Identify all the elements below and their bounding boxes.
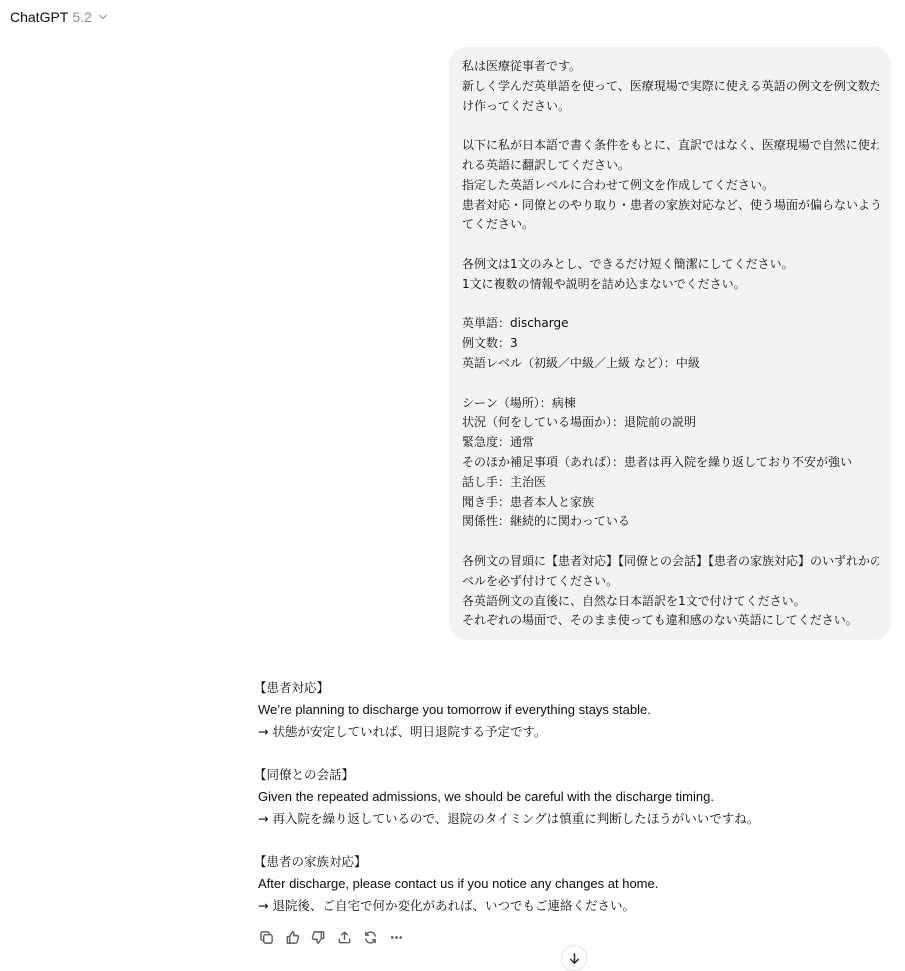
- message-actions: [258, 929, 405, 946]
- message-line: 新しく学んだ英単語を使って、医療現場で実際に使える英語の例文を例文数だ: [462, 77, 879, 97]
- message-line: それぞれの場面で、そのまま使っても違和感のない英語にしてください。: [462, 611, 879, 631]
- thumbs-up-icon: [285, 930, 300, 945]
- app-title: ChatGPT: [10, 9, 68, 25]
- example-japanese: → 退院後、ご自宅で何か変化があれば、いつでもご連絡ください。: [258, 895, 818, 917]
- message-line: 私は医療従事者です。: [462, 57, 879, 77]
- blank-line: [462, 532, 879, 552]
- regenerate-button[interactable]: [362, 929, 379, 946]
- copy-button[interactable]: [258, 929, 275, 946]
- message-line: 話し手：主治医: [462, 473, 879, 493]
- message-line: 患者対応・同僚とのやり取り・患者の家族対応など、使う場面が偏らないようにし: [462, 196, 879, 216]
- thumbs-down-icon: [311, 930, 326, 945]
- message-line: 聞き手：患者本人と家族: [462, 493, 879, 513]
- more-icon: [389, 930, 404, 945]
- blank-line: [462, 374, 879, 394]
- arrow-down-icon: [568, 952, 581, 965]
- message-line: 関係性：継続的に関わっている: [462, 512, 879, 532]
- message-line: 各例文の冒頭に【患者対応】【同僚との会話】【患者の家族対応】のいずれかのラ: [462, 552, 879, 572]
- message-line: 英語レベル（初級／中級／上級 など）：中級: [462, 354, 879, 374]
- message-line: け作ってください。: [462, 97, 879, 117]
- model-selector[interactable]: ChatGPT 5.2: [10, 7, 108, 27]
- chevron-down-icon: [98, 12, 108, 22]
- example-english: Given the repeated admissions, we should…: [258, 786, 818, 808]
- assistant-message: 【患者対応】We’re planning to discharge you to…: [258, 677, 818, 938]
- copy-icon: [259, 930, 274, 945]
- message-line: ベルを必ず付けてください。: [462, 572, 879, 592]
- example-label: 【同僚との会話】: [254, 764, 818, 786]
- example-block: 【患者対応】We’re planning to discharge you to…: [258, 677, 818, 743]
- message-line: てください。: [462, 215, 879, 235]
- message-line: 1文に複数の情報や説明を詰め込まないでください。: [462, 275, 879, 295]
- example-block: 【同僚との会話】Given the repeated admissions, w…: [258, 764, 818, 830]
- message-line: 英単語：discharge: [462, 314, 879, 334]
- message-line: そのほか補足事項（あれば）：患者は再入院を繰り返しており不安が強い: [462, 453, 879, 473]
- more-button[interactable]: [388, 929, 405, 946]
- example-japanese: → 状態が安定していれば、明日退院する予定です。: [258, 721, 818, 743]
- example-english: After discharge, please contact us if yo…: [258, 873, 818, 895]
- thumbs-down-button[interactable]: [310, 929, 327, 946]
- blank-line: [462, 235, 879, 255]
- example-label: 【患者対応】: [254, 677, 818, 699]
- user-message-bubble: 私は医療従事者です。新しく学んだ英単語を使って、医療現場で実際に使える英語の例文…: [449, 47, 891, 640]
- example-japanese: → 再入院を繰り返しているので、退院のタイミングは慎重に判断したほうがいいですね…: [258, 808, 818, 830]
- message-line: 状況（何をしている場面か）：退院前の説明: [462, 413, 879, 433]
- message-line: 以下に私が日本語で書く条件をもとに、直訳ではなく、医療現場で自然に使わ: [462, 136, 879, 156]
- regenerate-icon: [363, 930, 378, 945]
- model-version: 5.2: [72, 9, 91, 25]
- example-block: 【患者の家族対応】After discharge, please contact…: [258, 851, 818, 917]
- scroll-to-bottom-button[interactable]: [561, 945, 587, 971]
- example-label: 【患者の家族対応】: [254, 851, 818, 873]
- message-line: れる英語に翻訳してください。: [462, 156, 879, 176]
- message-line: 緊急度：通常: [462, 433, 879, 453]
- thumbs-up-button[interactable]: [284, 929, 301, 946]
- example-english: We’re planning to discharge you tomorrow…: [258, 699, 818, 721]
- message-line: 各英語例文の直後に、自然な日本語訳を1文で付けてください。: [462, 592, 879, 612]
- message-line: 各例文は1文のみとし、できるだけ短く簡潔にしてください。: [462, 255, 879, 275]
- share-button[interactable]: [336, 929, 353, 946]
- message-line: 指定した英語レベルに合わせて例文を作成してください。: [462, 176, 879, 196]
- message-line: 例文数：3: [462, 334, 879, 354]
- share-icon: [337, 930, 352, 945]
- blank-line: [462, 116, 879, 136]
- message-line: シーン（場所）：病棟: [462, 394, 879, 414]
- blank-line: [462, 295, 879, 315]
